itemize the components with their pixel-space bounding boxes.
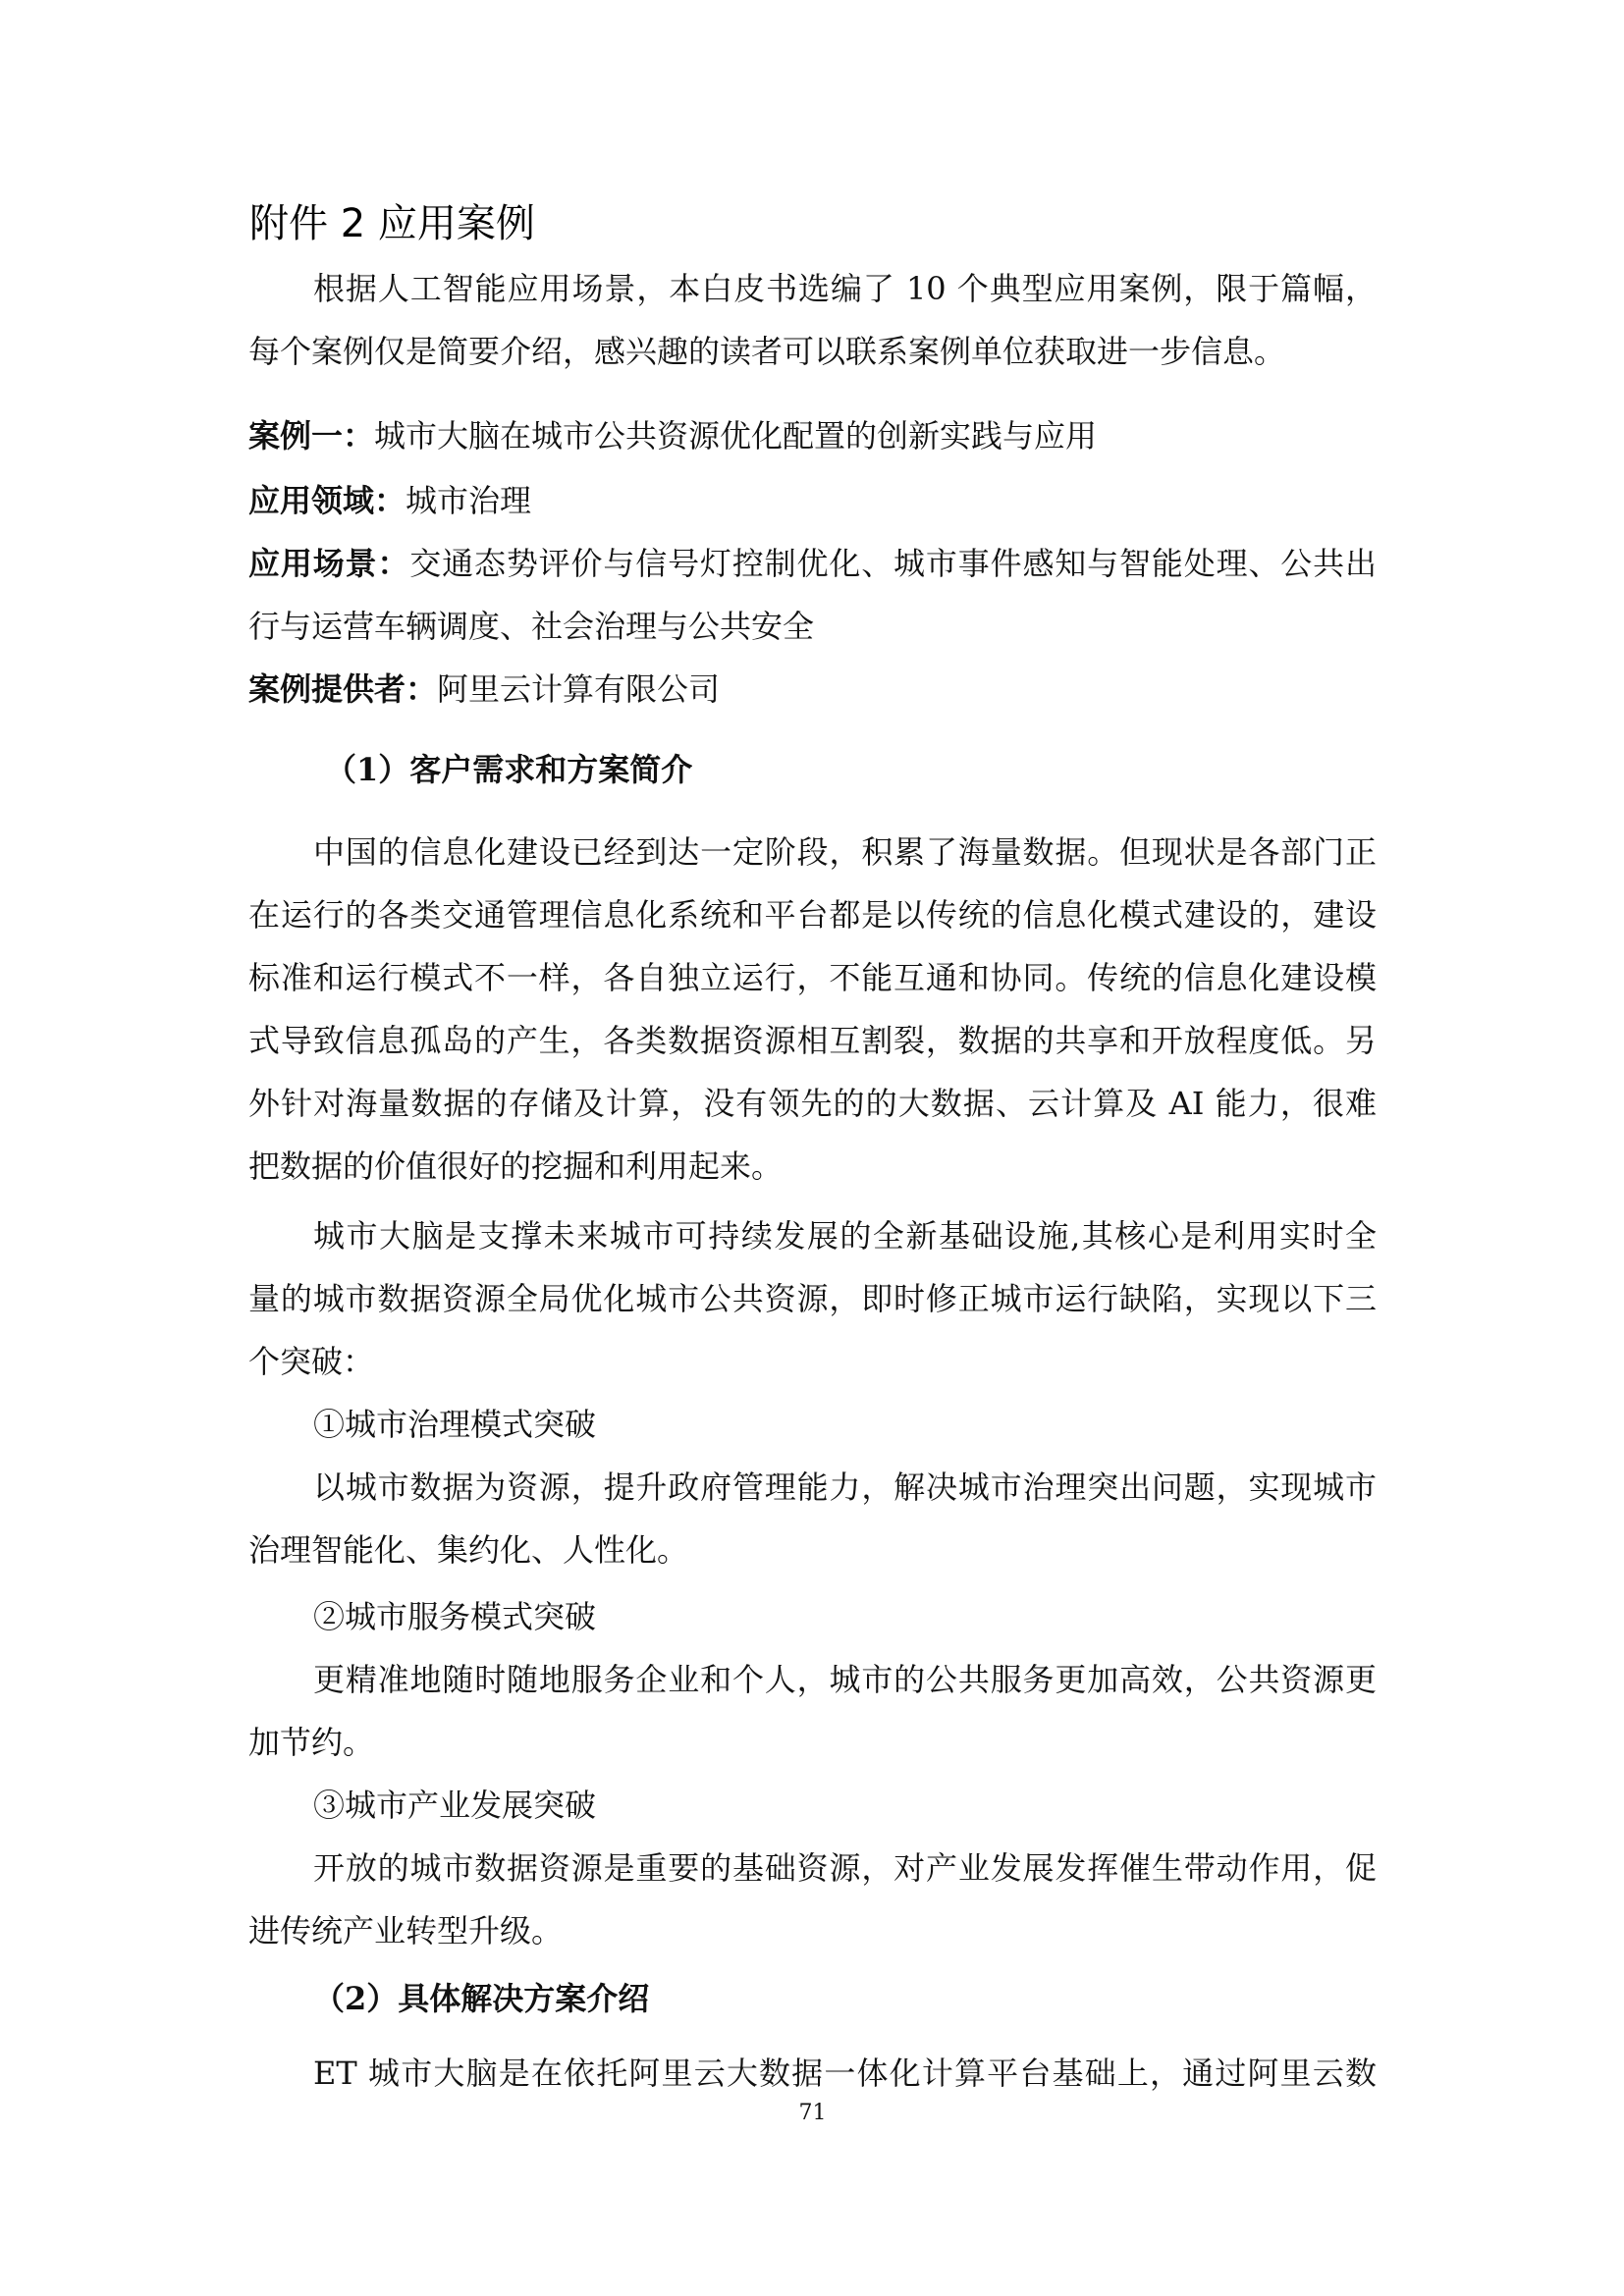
breakthrough-title: ①城市治理模式突破 bbox=[248, 1393, 1377, 1456]
page-number: 71 bbox=[248, 2099, 1377, 2128]
breakthrough-1: ①城市治理模式突破 以城市数据为资源，提升政府管理能力，解决城市治理突出问题，实… bbox=[248, 1393, 1377, 1581]
case-scene-value-cont: 行与运营车辆调度、社会治理与公共安全 bbox=[248, 595, 1377, 658]
case-domain-row: 应用领域：城市治理 bbox=[248, 469, 1377, 532]
text-line: 开放的城市数据资源是重要的基础资源，对产业发展发挥催生带动作用，促 bbox=[248, 1837, 1377, 1899]
text-line: 根据人工智能应用场景，本白皮书选编了 10 个典型应用案例，限于篇幅， bbox=[248, 257, 1377, 320]
case-name-row: 案例一：城市大脑在城市公共资源优化配置的创新实践与应用 bbox=[248, 404, 1377, 467]
text-line: 更精准地随时随地服务企业和个人，城市的公共服务更加高效，公共资源更 bbox=[248, 1648, 1377, 1711]
case-domain-value: 城市治理 bbox=[406, 482, 531, 519]
text-line: 以城市数据为资源，提升政府管理能力，解决城市治理突出问题，实现城市 bbox=[248, 1456, 1377, 1519]
text-line: 加节约。 bbox=[248, 1711, 1377, 1774]
section-1-paragraph-1: 中国的信息化建设已经到达一定阶段，积累了海量数据。但现状是各部门正 在运行的各类… bbox=[248, 821, 1377, 1198]
text-line: 每个案例仅是简要介绍，感兴趣的读者可以联系案例单位获取进一步信息。 bbox=[248, 320, 1377, 383]
text-line: 进传统产业转型升级。 bbox=[248, 1899, 1377, 1962]
text-line: 治理智能化、集约化、人性化。 bbox=[248, 1519, 1377, 1581]
text-line: 城市大脑是支撑未来城市可持续发展的全新基础设施,其核心是利用实时全 bbox=[248, 1204, 1377, 1267]
text-line: 式导致信息孤岛的产生，各类数据资源相互割裂，数据的共享和开放程度低。另 bbox=[248, 1009, 1377, 1072]
section-1-paragraph-2: 城市大脑是支撑未来城市可持续发展的全新基础设施,其核心是利用实时全 量的城市数据… bbox=[248, 1204, 1377, 1393]
breakthrough-2: ②城市服务模式突破 更精准地随时随地服务企业和个人，城市的公共服务更加高效，公共… bbox=[248, 1585, 1377, 1774]
intro-paragraph: 根据人工智能应用场景，本白皮书选编了 10 个典型应用案例，限于篇幅， 每个案例… bbox=[248, 257, 1377, 383]
text-line: 个突破： bbox=[248, 1330, 1377, 1393]
case-provider-label: 案例提供者： bbox=[248, 670, 437, 708]
case-domain-label: 应用领域： bbox=[248, 482, 406, 519]
text-line: 外针对海量数据的存储及计算，没有领先的的大数据、云计算及 AI 能力，很难 bbox=[248, 1072, 1377, 1135]
text-line: ET 城市大脑是在依托阿里云大数据一体化计算平台基础上，通过阿里云数 bbox=[248, 2042, 1377, 2105]
text-line: 量的城市数据资源全局优化城市公共资源，即时修正城市运行缺陷，实现以下三 bbox=[248, 1267, 1377, 1330]
text-line: 把数据的价值很好的挖掘和利用起来。 bbox=[248, 1135, 1377, 1198]
section-2: （2）具体解决方案介绍 ET 城市大脑是在依托阿里云大数据一体化计算平台基础上，… bbox=[248, 1967, 1377, 2105]
section-2-heading: （2）具体解决方案介绍 bbox=[248, 1967, 1377, 2030]
text-line: 中国的信息化建设已经到达一定阶段，积累了海量数据。但现状是各部门正 bbox=[248, 821, 1377, 883]
case-scene-row: 应用场景：交通态势评价与信号灯控制优化、城市事件感知与智能处理、公共出 行与运营… bbox=[248, 532, 1377, 658]
breakthrough-title: ②城市服务模式突破 bbox=[248, 1585, 1377, 1648]
text-line: 标准和运行模式不一样，各自独立运行，不能互通和协同。传统的信息化建设模 bbox=[248, 946, 1377, 1009]
case-scene-value: 交通态势评价与信号灯控制优化、城市事件感知与智能处理、公共出 bbox=[409, 545, 1377, 582]
text-line: 在运行的各类交通管理信息化系统和平台都是以传统的信息化模式建设的，建设 bbox=[248, 883, 1377, 946]
page-title: 附件 2 应用案例 bbox=[249, 196, 535, 251]
case-provider-value: 阿里云计算有限公司 bbox=[437, 670, 720, 708]
case-scene-label: 应用场景： bbox=[248, 545, 409, 582]
section-1-heading: （1）客户需求和方案简介 bbox=[248, 738, 1377, 801]
document-page: 附件 2 应用案例 根据人工智能应用场景，本白皮书选编了 10 个典型应用案例，… bbox=[0, 0, 1624, 2296]
case-provider-row: 案例提供者：阿里云计算有限公司 bbox=[248, 658, 1377, 721]
case-name-value: 城市大脑在城市公共资源优化配置的创新实践与应用 bbox=[374, 417, 1097, 454]
breakthrough-title: ③城市产业发展突破 bbox=[248, 1774, 1377, 1837]
section-1-heading-block: （1）客户需求和方案简介 bbox=[248, 738, 1377, 801]
breakthrough-3: ③城市产业发展突破 开放的城市数据资源是重要的基础资源，对产业发展发挥催生带动作… bbox=[248, 1774, 1377, 1962]
case-name-label: 案例一： bbox=[248, 417, 374, 454]
